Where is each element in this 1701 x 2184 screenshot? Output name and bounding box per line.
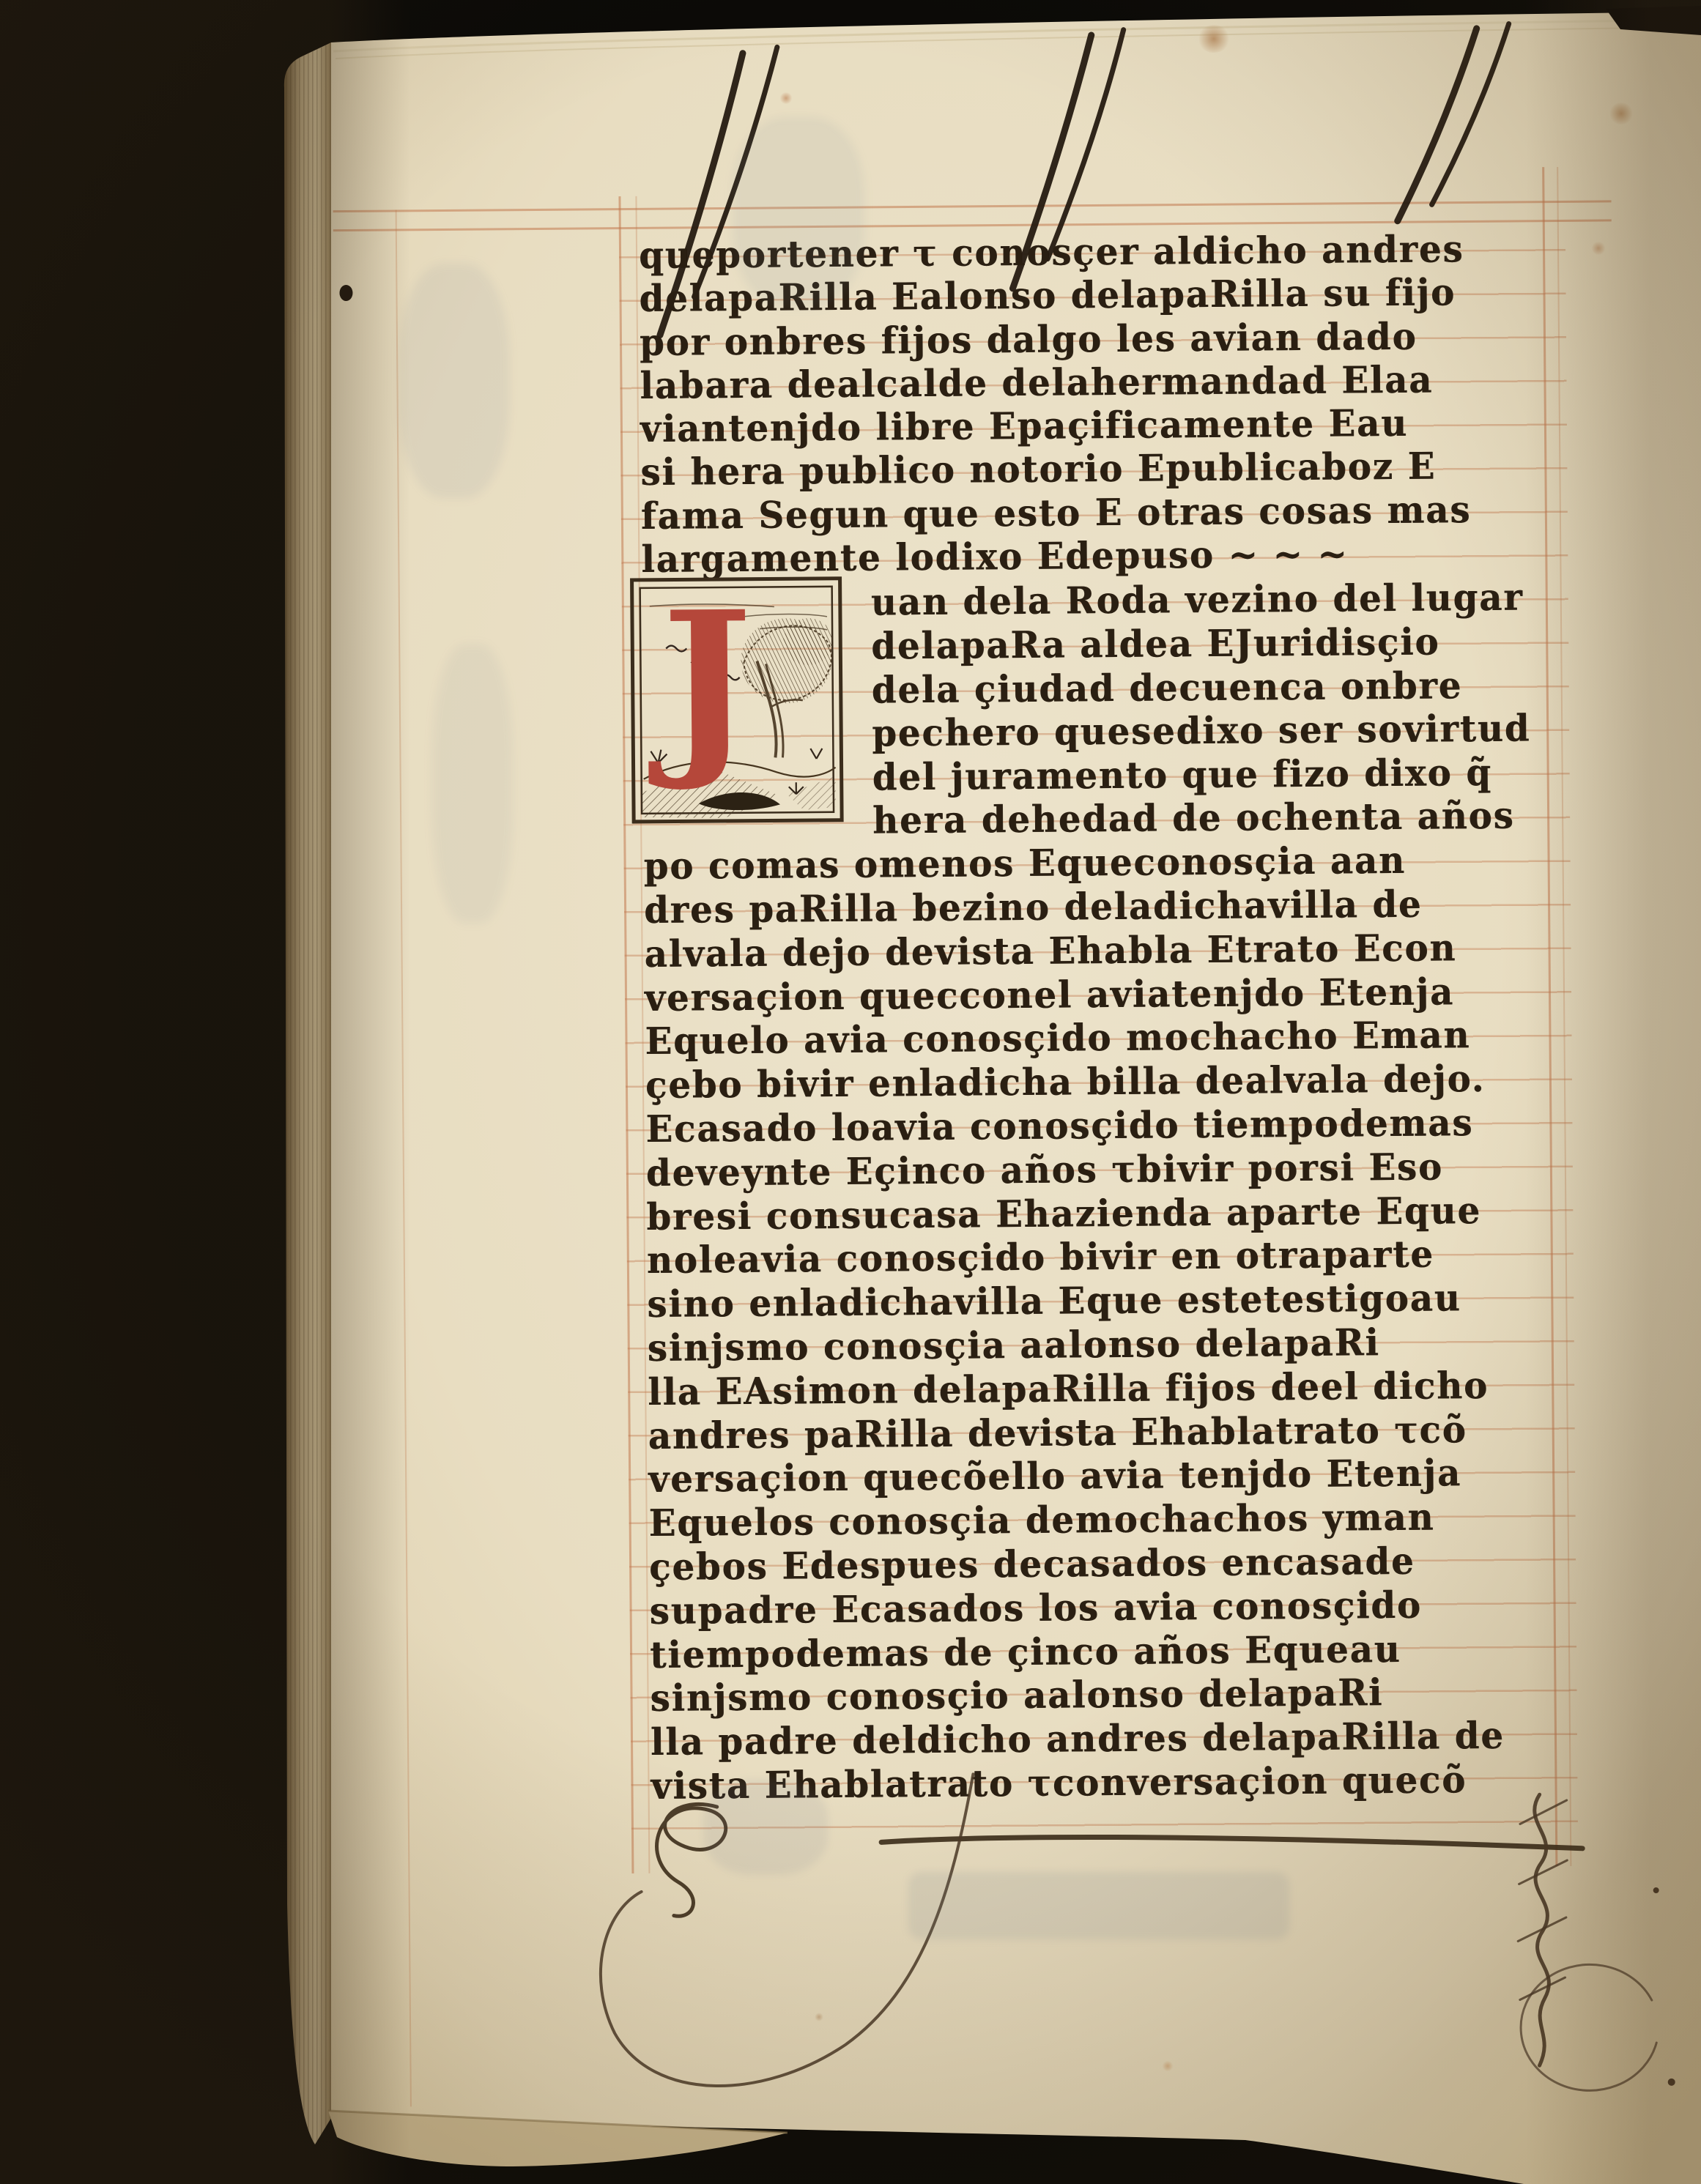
- ms-line: hera dehedad de ochenta años: [872, 794, 1515, 842]
- initial-letter: J: [646, 574, 754, 795]
- ms-line: del juramento que fizo dixo q̃: [872, 751, 1492, 799]
- ms-line: largamente lodixo Edepuso ~ ~ ~: [641, 532, 1349, 581]
- ms-line: Ecasado loavia conosçido tiempodemas: [645, 1102, 1473, 1151]
- ms-line: uan dela Roda vezino del lugar: [871, 576, 1524, 624]
- initial-block: J: [628, 574, 847, 826]
- ms-line: por onbres fijos dalgo les avian dado: [640, 316, 1417, 365]
- ms-line: andres paRilla devista Ehablatrato τcõ: [648, 1408, 1467, 1458]
- ms-line: lla padre deldicho andres delapaRilla de: [651, 1715, 1505, 1764]
- ms-line: tiempodemas de çinco años Equeau: [650, 1628, 1401, 1677]
- quire-slash-mark-3: [1396, 24, 1511, 221]
- ms-line: supadre Ecasados los avia conosçido: [649, 1584, 1422, 1633]
- ms-line: çebo bivir enladicha billa dealvala dejo…: [645, 1058, 1486, 1107]
- ms-line: bresi consucasa Ehazienda aparte Eque: [646, 1189, 1481, 1239]
- ms-line: labara dealcalde delahermandad Elaa: [640, 358, 1433, 407]
- ms-line: çebos Edespues decasados encasade: [649, 1540, 1415, 1589]
- ms-line: viantenjdo libre Epaçificamente Eau: [640, 402, 1409, 451]
- ms-line: sino enladichavilla Eque estetestigoau: [647, 1277, 1461, 1326]
- ms-line: lla EAsimon delapaRilla fijos deel dicho: [648, 1364, 1489, 1414]
- ms-line: si hera publico notorio Epublicaboz E: [640, 445, 1436, 494]
- ms-line: sinjsmo conosçio aalonso delapaRi: [650, 1671, 1383, 1720]
- ms-line: versaçion quecconel aviatenjdo Etenja: [645, 970, 1454, 1019]
- ms-line: vista Ehablatrato τconversaçion quecõ: [651, 1758, 1467, 1808]
- tree-illustration: [741, 618, 834, 758]
- ms-line: dres paRilla bezino deladichavilla de: [644, 883, 1423, 932]
- ms-line: Equelos conosçia demochachos yman: [648, 1496, 1434, 1545]
- far-left-rule: [396, 209, 412, 2106]
- ms-line: alvala dejo devista Ehabla Etrato Econ: [644, 926, 1456, 976]
- manuscript-photo: queportener τ conosçer aldicho andres de…: [0, 0, 1701, 2184]
- ms-line: deveynte Eçinco años τbivir porsi Eso: [646, 1145, 1444, 1195]
- ms-line: queportener τ conosçer aldicho andres: [639, 228, 1464, 278]
- ms-line: pechero quesedixo ser sovirtud: [872, 707, 1531, 755]
- ms-line: dela çiudad decuenca onbre: [872, 664, 1463, 712]
- top-margin-rule: [333, 200, 1612, 212]
- ms-line: fama Segun que esto E otras cosas mas: [641, 489, 1472, 538]
- folio-content: queportener τ conosçer aldicho andres de…: [0, 0, 1701, 2184]
- ms-line: delapaRa aldea EJuridisçio: [871, 620, 1440, 668]
- ms-line: sinjsmo conosçia aalonso delapaRi: [648, 1321, 1380, 1370]
- ms-line: Equelo avia conosçido mochacho Eman: [645, 1014, 1470, 1063]
- ms-line: delapaRilla Ealonso delapaRilla su fijo: [639, 271, 1456, 321]
- ink-dot: [339, 285, 352, 301]
- ms-line: versaçion quecõello avia tenjdo Etenja: [648, 1452, 1461, 1501]
- ms-line: noleavia conosçido bivir en otraparte: [647, 1233, 1434, 1282]
- ms-line: po comas omenos Equeconosçia aan: [643, 839, 1406, 888]
